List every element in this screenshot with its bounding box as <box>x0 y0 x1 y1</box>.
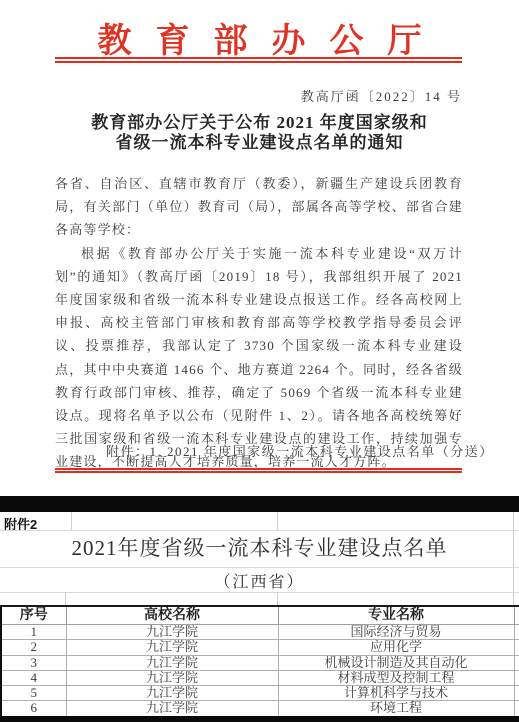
cell-clipped <box>514 640 519 655</box>
cell-university: 九江学院 <box>66 701 278 716</box>
cell-university: 九江学院 <box>66 625 278 640</box>
table-row: 3 九江学院 机械设计制造及其自动化 <box>1 655 519 670</box>
cell-seq: 1 <box>1 625 66 640</box>
header-seq: 序号 <box>1 606 66 625</box>
cell-clipped <box>514 655 519 670</box>
gridline-vertical <box>71 512 72 530</box>
table-header-row: 序号 高校名称 专业名称 <box>1 606 519 625</box>
document-screenshot: 教育部办公厅 教高厅函〔2022〕14 号 教育部办公厅关于公布 2021 年度… <box>0 0 519 722</box>
header-major: 专业名称 <box>278 606 514 625</box>
gridline-vertical <box>65 592 66 605</box>
table-row: 1 九江学院 国际经济与贸易 <box>1 625 519 640</box>
cell-clipped <box>514 686 519 701</box>
gridline-horizontal <box>0 567 519 568</box>
cell-major: 应用化学 <box>278 640 514 655</box>
document-title-line1: 教育部办公厅关于公布 2021 年度国家级和 <box>25 113 494 133</box>
cell-major: 环境工程 <box>278 701 514 716</box>
black-separator-bar-bottom <box>0 716 519 722</box>
gridline-horizontal <box>0 530 519 531</box>
header-clipped-cell <box>514 606 519 625</box>
header-university: 高校名称 <box>66 606 278 625</box>
cell-major: 机械设计制造及其自动化 <box>278 655 514 670</box>
document-title: 教育部办公厅关于公布 2021 年度国家级和 省级一流本科专业建设点名单的通知 <box>25 113 494 153</box>
gridline-horizontal <box>0 592 519 593</box>
cell-seq: 5 <box>1 686 66 701</box>
table-row: 5 九江学院 计算机科学与技术 <box>1 686 519 701</box>
cell-seq: 4 <box>1 670 66 685</box>
letterhead-title: 教育部办公厅 <box>0 13 519 62</box>
cell-university: 九江学院 <box>66 655 278 670</box>
red-double-rule-top <box>55 57 462 63</box>
cell-seq: 6 <box>1 701 66 716</box>
cell-seq: 3 <box>1 655 66 670</box>
red-double-rule-bottom <box>55 468 462 473</box>
cell-major: 国际经济与贸易 <box>278 625 514 640</box>
document-body: 各省、自治区、直辖市教育厅（教委），新疆生产建设兵团教育局，有关部门（单位）教育… <box>55 172 463 474</box>
cell-seq: 2 <box>1 640 66 655</box>
black-separator-bar-top <box>0 496 519 512</box>
table-row: 4 九江学院 材料成型及控制工程 <box>1 670 519 685</box>
cell-clipped <box>514 701 519 716</box>
sheet-title: 2021年度省级一流本科专业建设点名单 <box>0 532 519 562</box>
majors-table: 序号 高校名称 专业名称 1 九江学院 国际经济与贸易 2 九江学院 应用化学 … <box>0 605 519 717</box>
sheet-subtitle-province: （江西省） <box>0 569 519 592</box>
cell-major: 计算机科学与技术 <box>278 686 514 701</box>
table-row: 2 九江学院 应用化学 <box>1 640 519 655</box>
document-number: 教高厅函〔2022〕14 号 <box>301 86 462 105</box>
cell-major: 材料成型及控制工程 <box>278 670 514 685</box>
body-paragraph: 根据《教育部办公厅关于实施一流本科专业建设“双万计划”的通知》（教高厅函〔201… <box>55 242 463 474</box>
table-row: 6 九江学院 环境工程 <box>1 701 519 716</box>
document-title-line2: 省级一流本科专业建设点名单的通知 <box>25 133 494 153</box>
cell-clipped <box>514 670 519 685</box>
attachment-reference-line: 附件：1. 2021 年度国家级一流本科专业建设点名单（分送） <box>106 441 494 460</box>
recipients-line: 各省、自治区、直辖市教育厅（教委），新疆生产建设兵团教育局，有关部门（单位）教育… <box>55 172 463 242</box>
gridline-vertical <box>277 512 278 530</box>
cell-university: 九江学院 <box>66 670 278 685</box>
cell-university: 九江学院 <box>66 640 278 655</box>
cell-university: 九江学院 <box>66 686 278 701</box>
cell-clipped <box>514 625 519 640</box>
gridline-vertical <box>277 592 278 605</box>
